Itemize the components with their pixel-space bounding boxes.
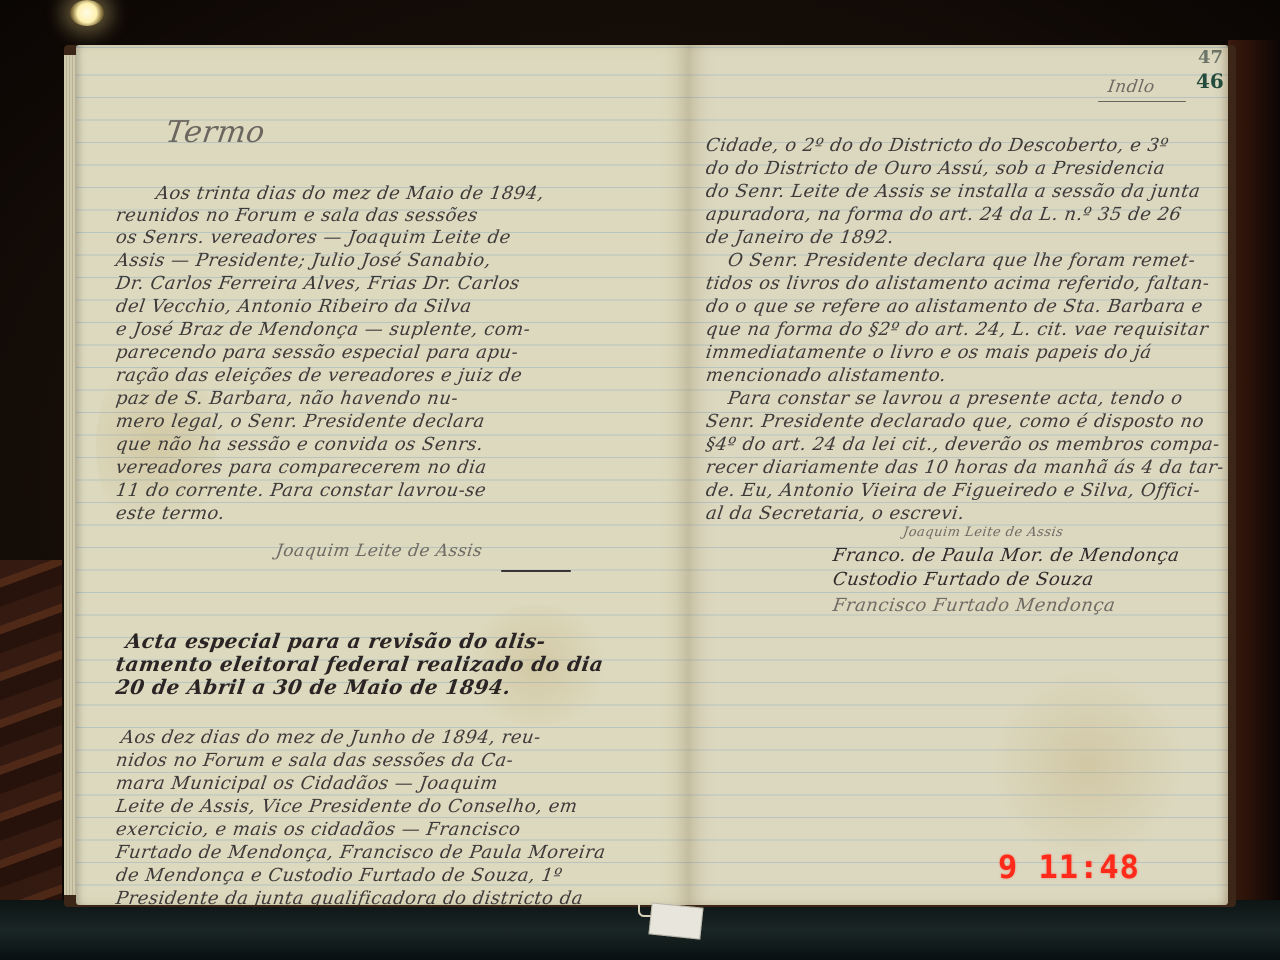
body-line: al da Secretaria, o escrevi. <box>705 503 966 524</box>
acta-title-line: tamento eleitoral federal realizado do d… <box>114 652 605 676</box>
acta-body-line: Leite de Assis, Vice Presidente do Conse… <box>115 796 579 817</box>
acta-title-line: Acta especial para a revisão do alis- <box>124 629 547 653</box>
termo-line: este termo. <box>115 503 227 524</box>
signature-flourish <box>501 570 571 572</box>
body-line: tidos os livros do alistamento acima ref… <box>705 273 1211 294</box>
page-stack-edge <box>64 55 76 895</box>
body-line: recer diariamente das 10 horas da manhã … <box>705 457 1226 478</box>
page-number: 46 <box>1196 69 1224 93</box>
signature: Francisco Furtado Mendonça <box>832 595 1117 616</box>
paper-stain <box>988 665 1188 865</box>
page-number-behind: 47 <box>1198 47 1223 68</box>
acta-title-line: 20 de Abril a 30 de Maio de 1894. <box>114 675 512 699</box>
termo-line: paz de S. Barbara, não havendo nu- <box>115 388 460 409</box>
termo-line: Aos trinta dias do mez de Maio de 1894, <box>155 183 546 204</box>
termo-line: vereadores para comparecerem no dia <box>115 457 489 478</box>
acta-body-line: mara Municipal os Cidadãos — Joaquim <box>115 773 500 794</box>
body-line: immediatamente o livro e os mais papeis … <box>705 342 1154 363</box>
termo-line: os Senrs. vereadores — Joaquim Leite de <box>115 227 513 248</box>
acta-body-line: Presidente da junta qualificadora do dis… <box>115 888 585 905</box>
light-glare <box>70 0 104 26</box>
termo-line: Dr. Carlos Ferreira Alves, Frias Dr. Car… <box>115 273 522 294</box>
body-line: de Janeiro de 1892. <box>705 227 896 248</box>
left-page: Termo Aos trinta dias do mez de Maio de … <box>76 45 688 905</box>
body-line: que na forma do §2º do art. 24, L. cit. … <box>705 319 1210 340</box>
acta-body-line: Furtado de Mendonça, Francisco de Paula … <box>115 842 607 863</box>
body-line: apuradora, na forma do art. 24 da L. n.º… <box>705 204 1183 225</box>
acta-body-line: Aos dez dias do mez de Junho de 1894, re… <box>120 727 543 748</box>
body-line: O Senr. Presidente declara que lhe foram… <box>727 250 1197 271</box>
body-line: Senr. Presidente declarado que, como é d… <box>705 411 1206 432</box>
termo-line: parecendo para sessão especial para apu- <box>115 342 520 363</box>
body-line: de. Eu, Antonio Vieira de Figueiredo e S… <box>705 480 1202 501</box>
termo-line: que não ha sessão e convida os Senrs. <box>115 434 485 455</box>
right-page: 47 46 Indlo Cidade, o 2º do do Districto… <box>688 45 1228 905</box>
termo-line: del Vecchio, Antonio Ribeiro da Silva <box>115 296 474 317</box>
termo-line: mero legal, o Senr. Presidente declara <box>115 411 487 432</box>
termo-line: Assis — Presidente; Julio José Sanabio, <box>115 250 493 271</box>
termo-heading: Termo <box>164 115 268 150</box>
body-line: §4º do art. 24 da lei cit., deverão os m… <box>705 434 1222 455</box>
termo-signature: Joaquim Leite de Assis <box>275 541 484 561</box>
body-line: do o que se refere ao alistamento de Sta… <box>705 296 1205 317</box>
corner-note: Indlo <box>1107 77 1157 97</box>
termo-line: reunidos no Forum e sala das sessões <box>115 205 480 226</box>
open-ledger: Termo Aos trinta dias do mez de Maio de … <box>64 45 1236 907</box>
camera-timestamp: 9 11:48 <box>998 848 1140 886</box>
acta-body-line: nidos no Forum e sala das sessões da Ca- <box>115 750 515 771</box>
body-line: do Senr. Leite de Assis se installa a se… <box>705 181 1202 202</box>
acta-body-line: de Mendonça e Custodio Furtado de Souza,… <box>115 865 564 886</box>
paper-tab <box>648 902 703 939</box>
termo-line: ração das eleições de vereadores e juiz … <box>115 365 524 386</box>
signature: Franco. de Paula Mor. de Mendonça <box>832 545 1181 566</box>
body-line: mencionado alistamento. <box>705 365 948 386</box>
termo-line: e José Braz de Mendonça — suplente, com- <box>115 319 532 340</box>
body-line: do do Districto de Ouro Assú, sob a Pres… <box>705 158 1167 179</box>
body-line: Para constar se lavrou a presente acta, … <box>727 388 1185 409</box>
signature: Custodio Furtado de Souza <box>832 569 1096 590</box>
acta-body-line: exercicio, e mais os cidadãos — Francisc… <box>115 819 522 840</box>
termo-line: 11 do corrente. Para constar lavrou-se <box>115 480 488 501</box>
signature: Joaquim Leite de Assis <box>902 525 1064 540</box>
body-line: Cidade, o 2º do do Districto do Descober… <box>705 135 1171 156</box>
corner-note-underline <box>1098 101 1186 102</box>
